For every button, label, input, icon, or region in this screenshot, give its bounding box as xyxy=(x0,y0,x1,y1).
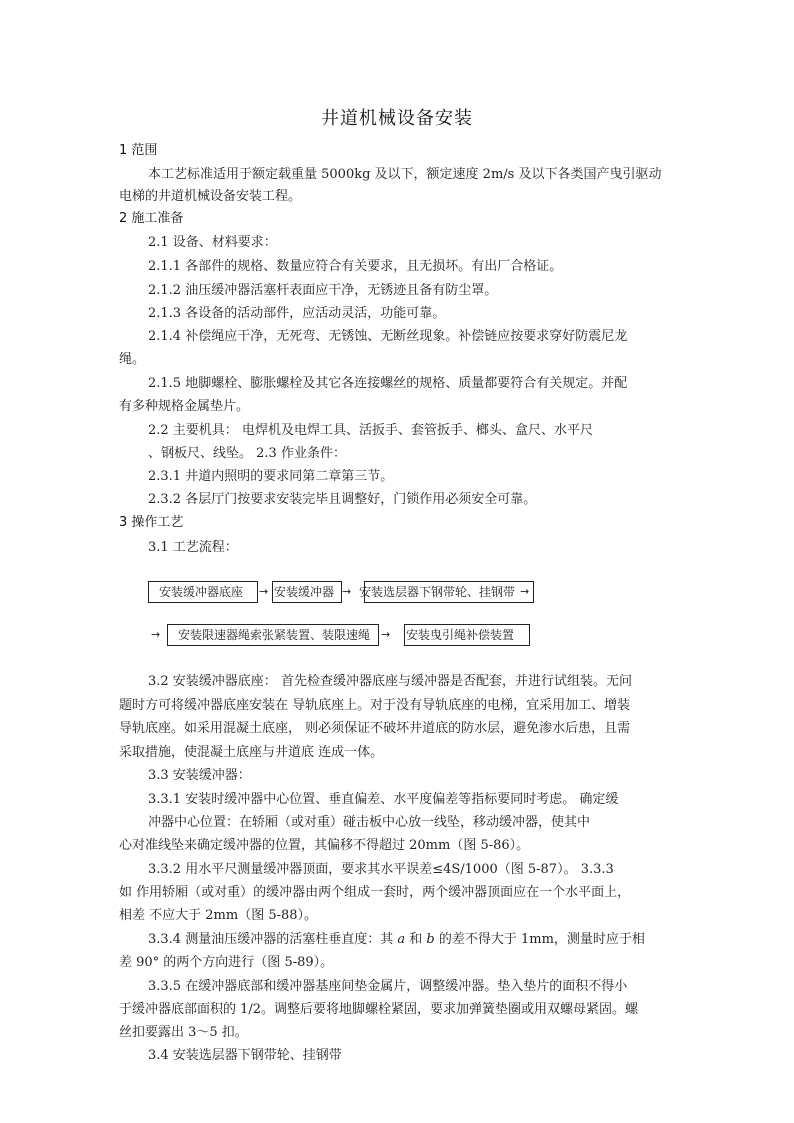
flow-step-install-buffer-base: 安装缓冲器底座 xyxy=(148,581,258,603)
clause-2-3-2: 2.3.2 各层厅门按要求安装完毕且调整好，门锁作用必须安全可靠。 xyxy=(148,492,536,508)
clause-3-4: 3.4 安装选层器下钢带轮、挂钢带 xyxy=(148,1048,342,1064)
arrow-right-icon: → xyxy=(342,587,351,597)
clause-3-2: 3.2 安装缓冲器底座： 首先检查缓冲器底座与缓冲器是否配套，并进行试组装。无问 xyxy=(148,674,632,690)
section-3-heading: 3 操作工艺 xyxy=(119,515,183,531)
clause-2-3-1: 2.3.1 井道内照明的要求同第二章第三节。 xyxy=(148,469,393,485)
clause-3-3-3: 如 作用轿厢（或对重）的缓冲器由两个组成一套时，两个缓冲器顶面应在一个水平面上， xyxy=(119,885,630,901)
clause-2-2: 2.2 主要机具： 电焊机及电焊工具、活扳手、套管扳手、榔头、盒尺、水平尺 xyxy=(148,423,593,439)
arrow-right-icon: → xyxy=(259,587,268,597)
flow-step-install-compensation-device: 安装曳引绳补偿装置 xyxy=(404,624,530,646)
paragraph-line: 本工艺标准适用于额定载重量 5000kg 及以下，额定速度 2m/s 及以下各类… xyxy=(148,167,661,183)
clause-3-2-cont: 题时方可将缓冲器底座安装在 导轨底座上。对于没有导轨底座的电梯，宜采用加工、增装 xyxy=(119,698,630,714)
section-number: 3 xyxy=(119,515,127,530)
paragraph-line: 电梯的井道机械设备安装工程。 xyxy=(119,189,301,205)
clause-3-3-1-cont: 心对准线坠来确定缓冲器的位置，其偏移不得超过 20mm（图 5-86）。 xyxy=(119,838,529,854)
text-span: 3.3.4 测量油压缓冲器的活塞柱垂直度：其 xyxy=(148,932,397,947)
clause-3-3-5: 3.3.5 在缓冲器底部和缓冲器基座间垫金属片，调整缓冲器。垫入垫片的面积不得小 xyxy=(148,979,627,995)
text-span: 和 xyxy=(405,932,426,947)
clause-2-1-1: 2.1.1 各部件的规格、数量应符合有关要求，且无损坏。有出厂合格证。 xyxy=(148,259,562,275)
section-title: 操作工艺 xyxy=(131,515,183,530)
clause-3-3-5-cont: 丝扣要露出 3～5 扣。 xyxy=(119,1025,248,1041)
clause-2-1-2: 2.1.2 油压缓冲器活塞杆表面应干净，无锈迹且备有防尘罩。 xyxy=(148,283,497,299)
text-span: 的差不得大于 1mm，测量时应于相 xyxy=(435,932,645,947)
clause-2-1-5: 2.1.5 地脚螺栓、膨胀螺栓及其它各连接螺丝的规格、质量都要符合有关规定。并配 xyxy=(148,376,627,392)
clause-3-3-5-cont: 于缓冲器底部面积的 1/2。调整后要将地脚螺栓紧固，要求加弹簧垫圈或用双螺母紧固… xyxy=(119,1002,638,1018)
clause-3-3: 3.3 安装缓冲器： xyxy=(148,768,251,784)
clause-3-3-4: 3.3.4 测量油压缓冲器的活塞柱垂直度：其 a 和 b 的差不得大于 1mm，… xyxy=(148,932,645,948)
section-2-heading: 2 施工准备 xyxy=(119,211,183,227)
clause-3-3-4-cont: 差 90° 的两个方向进行（图 5-89）。 xyxy=(119,955,333,971)
clause-2-1: 2.1 设备、材料要求： xyxy=(148,235,277,251)
clause-2-2-cont: 、钢板尺、线坠。 2.3 作业条件： xyxy=(148,446,346,462)
section-number: 1 xyxy=(119,143,127,158)
clause-3-3-1: 3.3.1 安装时缓冲器中心位置、垂直偏差、水平度偏差等指标要同时考虑。 确定缓 xyxy=(148,792,618,808)
clause-2-1-4-cont: 绳。 xyxy=(119,352,145,368)
clause-3-3-2: 3.3.2 用水平尺测量缓冲器顶面，要求其水平误差≤4S/1000（图 5-87… xyxy=(148,862,614,878)
section-1-heading: 1 范围 xyxy=(119,143,157,159)
arrow-right-icon: → xyxy=(520,587,529,597)
arrow-right-icon: → xyxy=(381,630,390,640)
section-title: 施工准备 xyxy=(131,211,183,226)
clause-3-1: 3.1 工艺流程： xyxy=(148,540,238,556)
document-title: 井道机械设备安装 xyxy=(0,104,794,130)
variable-b: b xyxy=(426,932,434,947)
flow-step-install-governor-tensioner: 安装限速器绳索张紧装置、装限速绳 xyxy=(167,624,379,646)
section-title: 范围 xyxy=(131,143,157,158)
variable-a: a xyxy=(397,932,405,947)
clause-2-1-4: 2.1.4 补偿绳应干净，无死弯、无锈蚀、无断丝现象。补偿链应按要求穿好防震尼龙 xyxy=(148,329,627,345)
clause-3-2-cont: 采取措施，使混凝土底座与井道底 连成一体。 xyxy=(119,745,383,761)
clause-3-3-3-cont: 相差 不应大于 2mm（图 5-88）。 xyxy=(119,908,317,924)
clause-3-2-cont: 导轨底座。如采用混凝土底座， 则必须保证不破坏井道底的防水层，避免渗水后患，且需 xyxy=(119,721,630,737)
clause-2-1-3: 2.1.3 各设备的活动部件，应活动灵活，功能可靠。 xyxy=(148,306,445,322)
section-number: 2 xyxy=(119,211,127,226)
clause-3-3-1-cont: 冲器中心位置：在轿厢（或对重）碰击板中心放一线坠，移动缓冲器，使其中 xyxy=(148,815,590,831)
flow-step-install-selector-tape-wheel: 安装选层器下钢带轮、挂钢带 xyxy=(364,581,534,603)
flow-step-install-buffer: 安装缓冲器 xyxy=(272,581,342,603)
clause-2-1-5-cont: 有多种规格金属垫片。 xyxy=(119,399,249,415)
arrow-right-icon: → xyxy=(151,630,160,640)
